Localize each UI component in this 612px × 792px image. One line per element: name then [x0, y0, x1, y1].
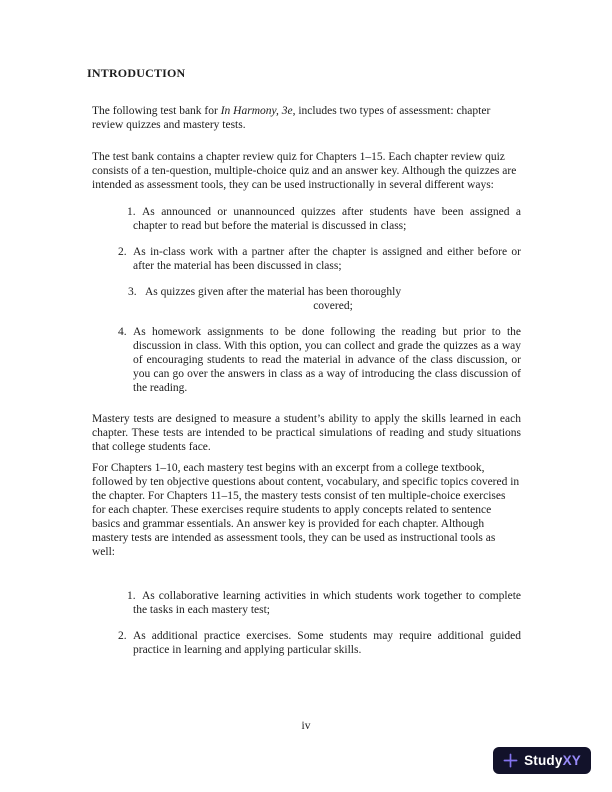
quiz-uses-list: 1. As announced or unannounced quizzes a… [92, 205, 521, 395]
quiz-overview-paragraph: The test bank contains a chapter review … [92, 150, 521, 192]
plus-icon [503, 753, 518, 768]
brand-name-study: Study [524, 753, 563, 768]
brand-name-xy: XY [563, 753, 581, 768]
list-item-number: 1. [118, 589, 136, 603]
list-item-number: 4. [118, 325, 127, 339]
list-item: 1. As announced or unannounced quizzes a… [92, 205, 521, 233]
list-item-text: As announced or unannounced quizzes afte… [133, 206, 521, 232]
list-item-number: 2. [118, 245, 127, 259]
document-page: INTRODUCTION The following test bank for… [0, 0, 612, 792]
studyxy-logo: StudyXY [493, 747, 591, 774]
page-number: iv [0, 720, 612, 732]
intro-paragraph-pre: The following test bank for [92, 105, 221, 117]
list-item: 2. As additional practice exercises. Som… [92, 629, 521, 657]
brand-name: StudyXY [524, 753, 581, 768]
list-item-text: As collaborative learning activities in … [133, 590, 521, 616]
list-item: 1. As collaborative learning activities … [92, 589, 521, 617]
list-item-text: As homework assignments to be done follo… [133, 326, 521, 394]
mastery-tests-paragraph: Mastery tests are designed to measure a … [92, 412, 521, 454]
list-item-text-line1: As quizzes given after the material has … [145, 285, 521, 299]
list-item-number: 2. [118, 629, 127, 643]
mastery-structure-paragraph: For Chapters 1–10, each mastery test beg… [92, 461, 521, 559]
list-item-text-line2: covered; [145, 299, 521, 313]
list-item: 3. As quizzes given after the material h… [92, 285, 521, 313]
book-title: In Harmony, 3e [221, 105, 293, 117]
list-item-number: 1. [118, 205, 136, 219]
mastery-uses-list: 1. As collaborative learning activities … [92, 589, 521, 657]
intro-paragraph: The following test bank for In Harmony, … [92, 104, 521, 132]
list-item: 2. As in-class work with a partner after… [92, 245, 521, 273]
list-item-text: As additional practice exercises. Some s… [133, 630, 521, 656]
list-item: 4. As homework assignments to be done fo… [92, 325, 521, 395]
list-item-number: 3. [128, 285, 137, 299]
document-content: INTRODUCTION The following test bank for… [92, 66, 521, 657]
list-item-text: As in-class work with a partner after th… [133, 246, 521, 272]
page-heading: INTRODUCTION [87, 66, 521, 80]
